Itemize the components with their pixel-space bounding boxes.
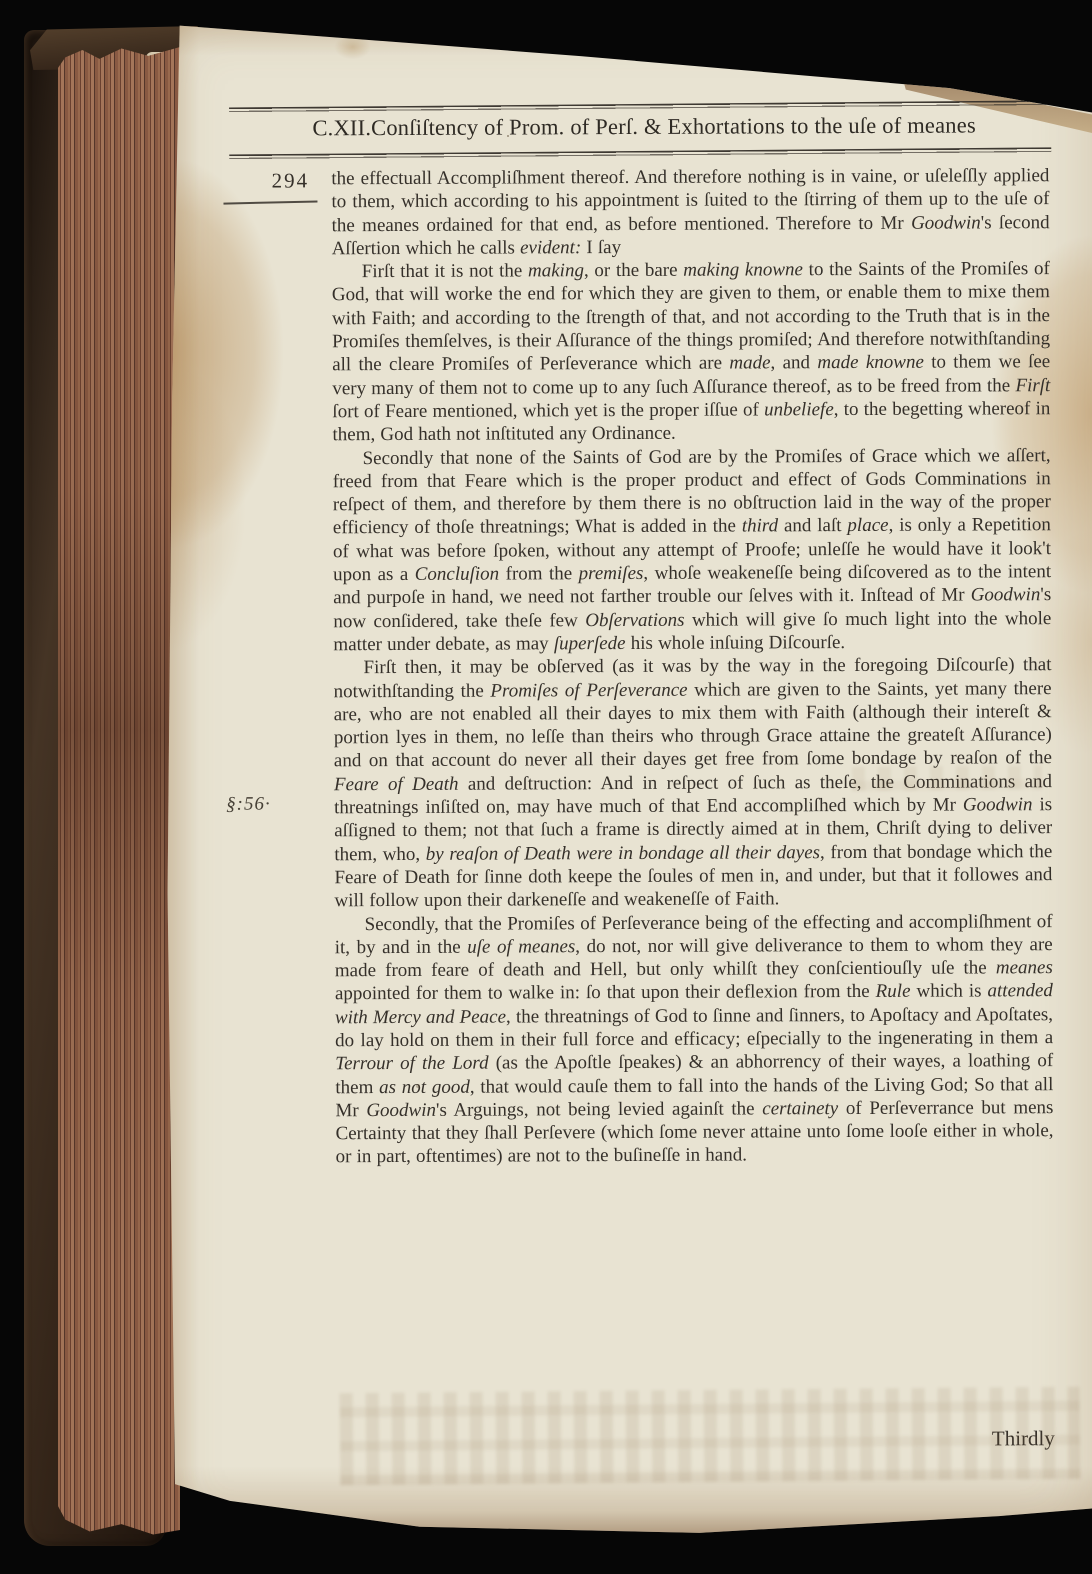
italic-text: Goodwin: [366, 1100, 436, 1121]
book-photo: C.XII.Conſiſtency of Prom. of Perſ. & Ex…: [0, 0, 1092, 1574]
paragraph: the effectuall Accompliſhment thereof. A…: [331, 164, 1049, 260]
italic-text: Firſt: [1015, 375, 1050, 396]
page-number: 294: [259, 168, 321, 193]
roman-text: Firſt that it is not the: [362, 261, 528, 283]
italic-text: ſuperſede: [554, 633, 626, 654]
roman-text: his whole inſuing Diſcourſe.: [626, 632, 846, 654]
roman-text: which is: [910, 981, 987, 1002]
italic-text: Goodwin: [911, 212, 981, 233]
italic-text: making: [528, 260, 584, 281]
body-text: the effectuall Accompliſhment thereof. A…: [331, 164, 1053, 1169]
italic-text: Obſervations: [585, 609, 684, 630]
italic-text: Terrour of the Lord: [335, 1053, 488, 1075]
roman-text: and laſt: [778, 515, 847, 536]
roman-text: 's Arguings, not being levied againſt th…: [436, 1098, 762, 1120]
italic-text: as not good: [379, 1076, 470, 1097]
show-through-smudge: [340, 1387, 1081, 1485]
italic-text: evident:: [520, 237, 581, 258]
italic-text: made: [729, 353, 770, 374]
page-number-rule: [223, 201, 317, 205]
paragraph: Secondly that none of the Saints of God …: [333, 444, 1052, 657]
italic-text: uſe of meanes: [467, 936, 575, 957]
italic-text: third: [742, 516, 778, 537]
header-rule-bottom: [229, 147, 1051, 160]
paragraph: Secondly, that the Promiſes of Perſevera…: [335, 910, 1054, 1169]
book-page: C.XII.Conſiſtency of Prom. of Perſ. & Ex…: [162, 18, 1092, 1542]
dust-specks: [718, 62, 722, 66]
italic-text: making knowne: [683, 259, 803, 281]
italic-text: made knowne: [817, 352, 924, 373]
photo-background: { "document": { "running_header": "C.XII…: [0, 0, 1092, 1574]
italic-text: Promiſes of Perſeverance: [490, 679, 687, 701]
italic-text: premiſes: [579, 563, 644, 584]
paragraph: Firſt that it is not the making, or the …: [332, 257, 1051, 447]
italic-text: Goodwin: [963, 794, 1033, 815]
italic-text: by reaſon of Death were in bondage all t…: [426, 842, 820, 865]
header-rule-top: [229, 100, 1051, 113]
roman-text: appointed for them to walke in: ſo that …: [335, 981, 876, 1004]
italic-text: Goodwin: [971, 585, 1041, 606]
roman-text: from the: [499, 563, 579, 584]
roman-text: , or the bare: [584, 260, 683, 281]
italic-text: unbeliefe: [764, 399, 834, 420]
running-header: C.XII.Conſiſtency of Prom. of Perſ. & Ex…: [244, 112, 1044, 141]
italic-text: certainety: [762, 1098, 838, 1119]
italic-text: place: [847, 515, 888, 536]
show-through-smudge: [852, 765, 1042, 791]
margin-note: §:56·: [226, 794, 271, 816]
italic-text: Feare of Death: [334, 773, 459, 795]
italic-text: Concluſion: [415, 564, 500, 585]
italic-text: Rule: [876, 981, 911, 1002]
roman-text: , and: [770, 353, 817, 374]
roman-text: ſort of Feare mentioned, which yet is th…: [332, 399, 764, 422]
italic-text: meanes: [996, 957, 1053, 978]
roman-text: I ſay: [581, 237, 621, 258]
page-leaf-edges: [58, 44, 180, 1536]
